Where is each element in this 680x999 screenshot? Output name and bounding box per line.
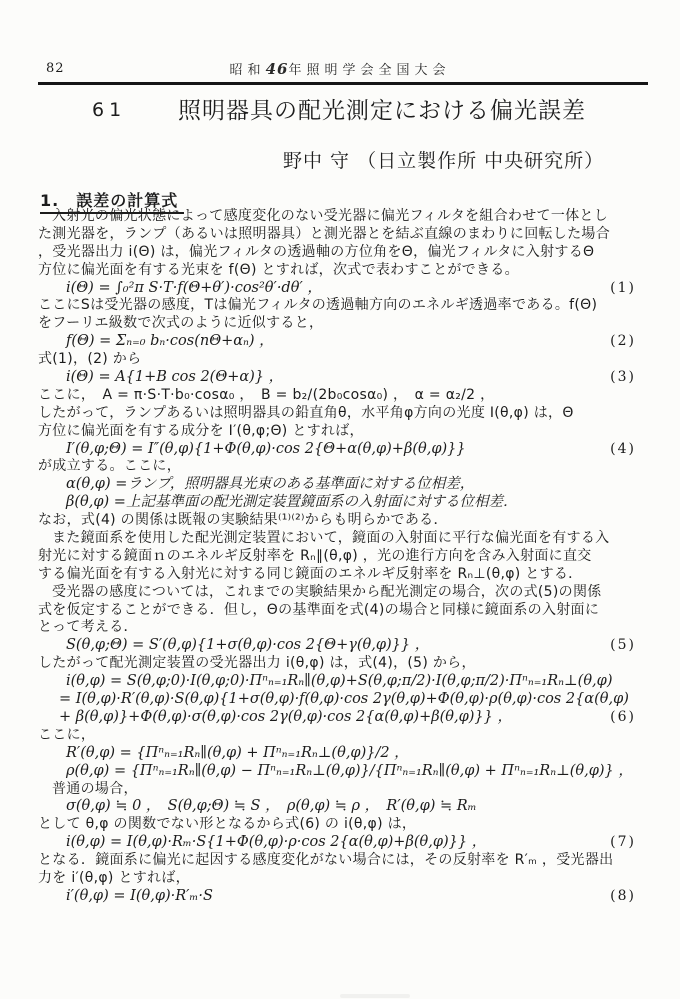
equation-number: (2)	[610, 333, 636, 351]
equation-line: i′(θ,φ) = I(θ,φ)·R′ₘ·S(8)	[38, 888, 650, 906]
body-line: 普通の場合，	[38, 781, 650, 799]
definition-line: α(θ,φ) =ランプ，照明器具光束のある基準面に対する位相差，	[38, 476, 650, 494]
equation-line: i(Θ) = ∫₀²π S·T·f(Θ+θ′)·cos²θ′·dθ′ ，(1)	[38, 280, 650, 298]
body-line: とって考える．	[38, 619, 650, 637]
definition-line: β(θ,φ) =上記基準面の配光測定装置鏡面系の入射面に対する位相差．	[38, 494, 650, 512]
equation-line: i(θ,φ) = I(θ,φ)·Rₘ·S{1+Φ(θ,φ)·ρ·cos 2{α(…	[38, 834, 650, 852]
equation-line: S(θ,φ;Θ) = S′(θ,φ){1+σ(θ,φ)·cos 2{Θ+γ(θ,…	[38, 637, 650, 655]
body-line: ここにSは受光器の感度，Tは偏光フィルタの透過軸方向のエネルギ透過率である。f(…	[38, 297, 650, 315]
body-line: なお，式(4) の関係は既報の実験結果⁽¹⁾⁽²⁾からも明らかである．	[38, 512, 650, 530]
author-line: 野中 守 （日立製作所 中央研究所）	[283, 146, 604, 173]
body-line: ここに， A = π·S·T·b₀·cosα₀ ， B = b₂/(2b₀cos…	[38, 387, 650, 405]
body-line: た測光器を，ランプ（あるいは照明器具）と測光器とを結ぶ直線のまわりに回転した場合	[38, 226, 650, 244]
body-line: したがって，ランプあるいは照明器具の鉛直角θ，水平角φ方向の光度 I(θ,φ) …	[38, 405, 650, 423]
paper-number: 61	[92, 99, 126, 121]
approximation-line: σ(θ,φ) ≒ 0 ， S(θ,φ;Θ) ≒ S ， ρ(θ,φ) ≒ ρ ，…	[38, 798, 650, 816]
body-line: 入射光の偏光状態によって感度変化のない受光器に偏光フィルタを組合わせて一体とし	[38, 208, 650, 226]
equation-text: f(Θ) = Σₙ₌₀ bₙ·cos(nΘ+αₙ) ，	[66, 333, 274, 349]
equation-number: (4)	[610, 441, 636, 459]
body-line: ここに，	[38, 727, 650, 745]
body-line: 式(1)，(2) から	[38, 351, 650, 369]
body-line: また鏡面系を使用した配光測定装置において，鏡面の入射面に平行な偏光面を有する入	[38, 530, 650, 548]
body-line: ，受光器出力 i(Θ) は，偏光フィルタの透過軸の方位角をΘ，偏光フィルタに入射…	[38, 244, 650, 262]
header-era: 昭和	[230, 63, 266, 78]
scan-artifact	[340, 994, 410, 998]
body-line: する偏光面を有する入射光に対する同じ鏡面のエネルギ反射率を Rₙ⊥(θ,φ) と…	[38, 566, 650, 584]
proceedings-header: 昭和46年照明学会全国大会	[0, 59, 680, 78]
equation-text: i(Θ) = ∫₀²π S·T·f(Θ+θ′)·cos²θ′·dθ′ ，	[66, 280, 322, 296]
body-line: となる．鏡面系に偏光に起因する感度変化がない場合には，その反射率を R′ₘ ，受…	[38, 852, 650, 870]
equation-line: i(θ,φ) = S(θ,φ;0)·I(θ,φ;0)·Πⁿₙ₌₁Rₙ∥(θ,φ)…	[38, 673, 650, 691]
scanned-paper-page: 82 昭和46年照明学会全国大会 61 照明器具の配光測定における偏光誤差 野中…	[0, 0, 680, 999]
body-line: 射光に対する鏡面ｎのエネルギ反射率を Rₙ∥(θ,φ) ，光の進行方向を含み入射…	[38, 548, 650, 566]
body-line: したがって配光測定装置の受光器出力 i(θ,φ) は，式(4)，(5) から，	[38, 655, 650, 673]
equation-text: i′(θ,φ) = I(θ,φ)·R′ₘ·S	[66, 888, 213, 904]
equation-line: i(Θ) = A{1+B cos 2(Θ+α)} ，(3)	[38, 369, 650, 387]
definition-line: ρ(θ,φ) = {Πⁿₙ₌₁Rₙ∥(θ,φ) − Πⁿₙ₌₁Rₙ⊥(θ,φ)}…	[38, 763, 650, 781]
equation-number: (3)	[610, 369, 636, 387]
equation-text: i(Θ) = A{1+B cos 2(Θ+α)} ，	[66, 369, 283, 385]
equation-number: (6)	[610, 709, 636, 727]
equation-number: (8)	[610, 888, 636, 906]
equation-number: (1)	[610, 280, 636, 298]
equation-text: i(θ,φ) = I(θ,φ)·Rₘ·S{1+Φ(θ,φ)·ρ·cos 2{α(…	[66, 834, 486, 850]
paper-title: 照明器具の配光測定における偏光誤差	[178, 92, 586, 125]
document-body: 入射光の偏光状態によって感度変化のない受光器に偏光フィルタを組合わせて一体とし …	[38, 208, 650, 906]
header-year: 46	[266, 60, 289, 78]
equation-text: + β(θ,φ)}+Φ(θ,φ)·σ(θ,φ)·cos 2γ(θ,φ)·cos …	[59, 709, 512, 725]
body-line: 受光器の感度については，これまでの実験結果から配光測定の場合，次の式(5)の関係	[38, 584, 650, 602]
definition-line: R′(θ,φ) = {Πⁿₙ₌₁Rₙ∥(θ,φ) + Πⁿₙ₌₁Rₙ⊥(θ,φ)…	[38, 745, 650, 763]
body-line: 方位に偏光面を有する成分を I′(θ,φ;Θ) とすれば，	[38, 423, 650, 441]
header-rule	[38, 82, 648, 85]
equation-number: (7)	[610, 834, 636, 852]
equation-line: I′(θ,φ;Θ) = I″(θ,φ){1+Φ(θ,φ)·cos 2{Θ+α(θ…	[38, 441, 650, 459]
body-line: 式を仮定することができる．但し，Θの基準面を式(4)の場合と同様に鏡面系の入射面…	[38, 602, 650, 620]
equation-text: I′(θ,φ;Θ) = I″(θ,φ){1+Φ(θ,φ)·cos 2{Θ+α(θ…	[66, 441, 466, 457]
equation-line: + β(θ,φ)}+Φ(θ,φ)·σ(θ,φ)·cos 2γ(θ,φ)·cos …	[38, 709, 650, 727]
equation-line: = I(θ,φ)·R′(θ,φ)·S(θ,φ){1+σ(θ,φ)·f(θ,φ)·…	[38, 691, 650, 709]
header-rest: 年照明学会全国大会	[288, 63, 450, 78]
body-line: が成立する。ここに，	[38, 458, 650, 476]
equation-line: f(Θ) = Σₙ₌₀ bₙ·cos(nΘ+αₙ) ，(2)	[38, 333, 650, 351]
equation-number: (5)	[610, 637, 636, 655]
body-line: をフーリエ級数で次式のように近似すると，	[38, 315, 650, 333]
body-line: として θ,φ の関数でない形となるから式(6) の i(θ,φ) は，	[38, 816, 650, 834]
body-line: 力を i′(θ,φ) とすれば，	[38, 870, 650, 888]
equation-text: S(θ,φ;Θ) = S′(θ,φ){1+σ(θ,φ)·cos 2{Θ+γ(θ,…	[66, 637, 429, 653]
body-line: 方位に偏光面を有する光束を f(Θ) とすれば，次式で表わすことができる。	[38, 262, 650, 280]
